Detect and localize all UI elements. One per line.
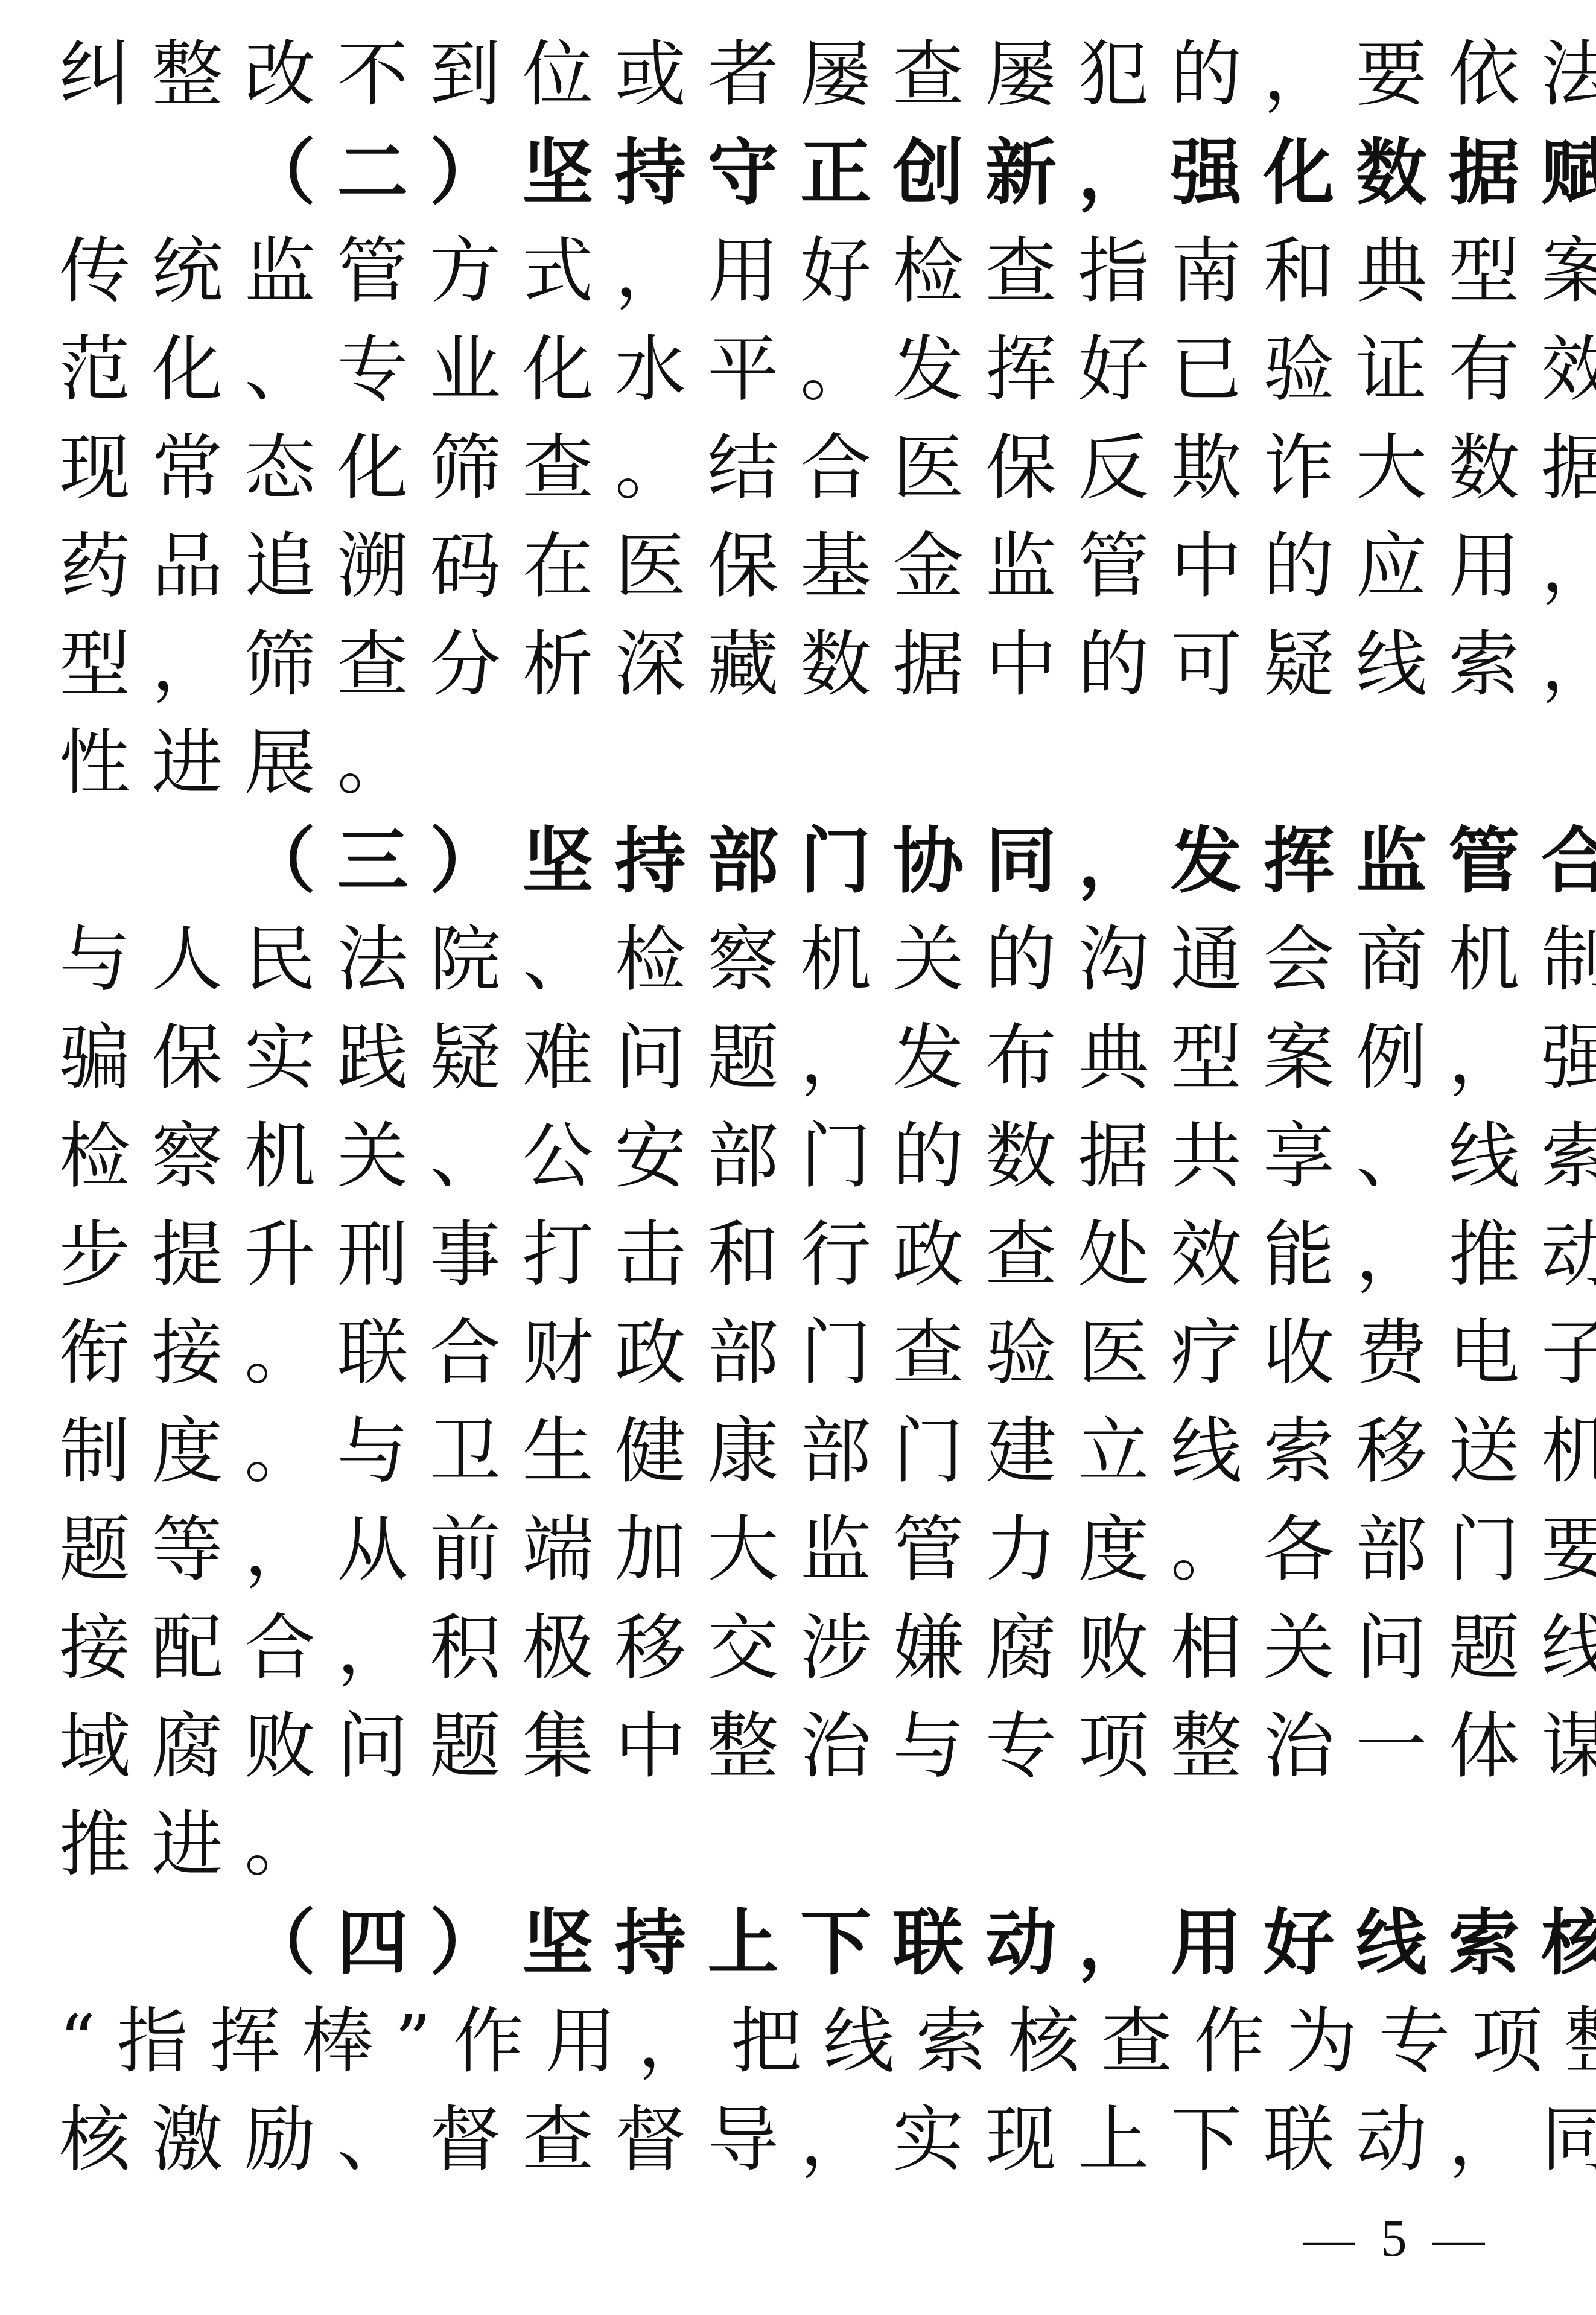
page-number: — 5 —	[1273, 2208, 1515, 2269]
section-heading-two: （二）坚持守正创新，强化数据赋能。	[244, 131, 1596, 214]
document-page: 纠整改不到位或者屡查屡犯的，要依法依规从严处置。 （二）坚持守正创新，强化数据赋…	[0, 0, 1596, 2315]
text-line: 检察机关、公安部门的数据共享、线索互移、联查联办机制，同	[59, 1107, 1544, 1205]
text-line: 现常态化筛查。结合医保反欺诈大数据监管应用试点工作，加强	[59, 419, 1544, 517]
text-line: 范化、专业化水平。发挥好已验证有效的大数据模型的作用，实	[59, 320, 1544, 419]
text-line: 药品追溯码在医保基金监管中的应用，探索构建多维度大数据模	[59, 517, 1544, 615]
body-text: 纠整改不到位或者屡查屡犯的，要依法依规从严处置。 （二）坚持守正创新，强化数据赋…	[59, 25, 1544, 2189]
text-line: 推进。	[59, 1796, 1544, 1894]
text-line: 接配合，积极移交涉嫌腐败相关问题线索。有关部门要把医药领	[59, 1599, 1544, 1697]
text-line: “指挥棒”作用，把线索核查作为专项整治的重要抓手，加强考	[59, 1992, 1544, 2091]
section-three-first-line: （三）坚持部门协同，发挥监管合力。医保部门要持续健全	[59, 812, 1544, 910]
text-line: 与人民法院、检察机关的沟通会商机制，共同研究打击整治欺诈	[59, 910, 1544, 1009]
text-line: 制度。与卫生健康部门建立线索移送机制，对涉及的医疗规范问	[59, 1402, 1544, 1500]
text-line: 域腐败问题集中整治与专项整治一体谋划、一体部署、一体	[59, 1697, 1544, 1796]
text-line: 型，筛查分析深藏数据中的可疑线索，推动大数据监管取得突破	[59, 615, 1544, 714]
text-line: 性进展。	[59, 714, 1544, 812]
text-line: 核激励、督查督导，实现上下联动，同向发力。各地医保部门要	[59, 2091, 1544, 2189]
text-line: 题等，从前端加大监管力度。各部门要加强与纪检监察部门的衔	[59, 1500, 1544, 1599]
section-four-first-line: （四）坚持上下联动，用好线索核查。国家层面将继续发挥	[59, 1894, 1544, 1992]
text-line: 骗保实践疑难问题，发布典型案例，强化以案释法。持续健全与	[59, 1009, 1544, 1107]
section-two-first-line: （二）坚持守正创新，强化数据赋能。总结提升现场检查等	[59, 124, 1544, 222]
text-line: 纠整改不到位或者屡查屡犯的，要依法依规从严处置。	[59, 25, 1544, 124]
section-heading-three: （三）坚持部门协同，发挥监管合力。	[244, 819, 1596, 903]
section-heading-four: （四）坚持上下联动，用好线索核查。	[244, 1901, 1596, 1984]
text-line: 传统监管方式，用好检查指南和典型案例，提高监管法治化、规	[59, 222, 1544, 320]
text-line: 步提升刑事打击和行政查处效能，推动行政执法与刑事司法双向	[59, 1205, 1544, 1304]
text-line: 衔接。联合财政部门查验医疗收费电子票据，合力落实举报奖励	[59, 1304, 1544, 1402]
